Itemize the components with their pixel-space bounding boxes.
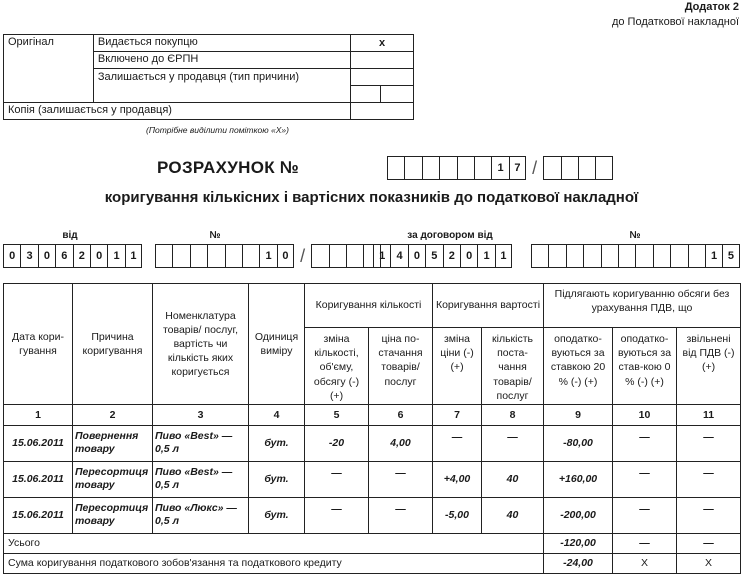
header-value-group: Коригування вартості	[433, 284, 544, 328]
digit-cell[interactable]	[578, 156, 595, 179]
digit-cell[interactable]: 0	[277, 244, 294, 267]
total-label: Усього	[4, 533, 544, 553]
digit-cell[interactable]	[439, 156, 456, 179]
header-price-change: зміна ціни (-) (+)	[433, 328, 482, 405]
cell-date: 15.06.2011	[4, 497, 73, 533]
column-number: 5	[305, 404, 369, 425]
header-vat-group: Підлягають коригуванню обсяги без урахув…	[544, 284, 741, 328]
cell-qty-change: —	[305, 461, 369, 497]
cell-vat0: —	[613, 461, 677, 497]
digit-cell[interactable]: 0	[90, 244, 107, 267]
header-vat20: оподатко-вуються за ставкою 20 % (-) (+)	[544, 328, 613, 405]
header-qty-group: Коригування кількості	[305, 284, 433, 328]
cell-date: 15.06.2011	[4, 425, 73, 461]
digit-cell[interactable]	[635, 244, 652, 267]
cell-supply-qty: 40	[482, 497, 544, 533]
digit-cell[interactable]	[618, 244, 635, 267]
column-number: 2	[73, 404, 153, 425]
mark-row-label: Видається покупцю	[93, 35, 350, 52]
cell-vat20: -80,00	[544, 425, 613, 461]
appendix-subtitle: до Податкової накладної	[612, 16, 739, 28]
cell-supply-qty: 40	[482, 461, 544, 497]
adjustment-table: Дата кори-гування Причина коригування Но…	[3, 283, 741, 574]
digit-cell[interactable]: 5	[722, 244, 739, 267]
cell-unit: бут.	[249, 425, 305, 461]
column-number: 6	[369, 404, 433, 425]
column-number: 1	[4, 404, 73, 425]
copy-mark-cell[interactable]	[351, 103, 414, 120]
digit-cell[interactable]	[653, 244, 670, 267]
header-supply-price: ціна по-стачання товарів/ послуг	[369, 328, 433, 405]
column-number: 7	[433, 404, 482, 425]
digit-cell[interactable]: 1	[705, 244, 722, 267]
table-row: 15.06.2011Пересортиця товаруПиво «Люкс» …	[4, 497, 741, 533]
total-exempt: —	[677, 533, 741, 553]
contract-date-label: за договором від	[380, 230, 520, 241]
cell-reason: Повернення товару	[73, 425, 153, 461]
digit-cell[interactable]: 1	[373, 244, 390, 267]
cell-unit: бут.	[249, 497, 305, 533]
mark-note: (Потрібне виділити поміткою «Х»)	[146, 125, 289, 135]
table-row: 15.06.2011Пересортиця товаруПиво «Best» …	[4, 461, 741, 497]
cell-price-change: —	[433, 425, 482, 461]
calc-number-field: 17 /	[387, 156, 613, 180]
header-vat0: оподатко-вуються за став-кою 0 % (-) (+)	[613, 328, 677, 405]
invoice-number-suffix-cells[interactable]	[311, 244, 381, 268]
original-label: Оригінал	[4, 35, 94, 103]
contract-number-field: 15	[531, 244, 740, 268]
digit-cell[interactable]	[190, 244, 207, 267]
digit-cell[interactable]: 0	[3, 244, 20, 267]
header-unit: Одиниця виміру	[249, 284, 305, 405]
document-title: РОЗРАХУНОК №	[157, 158, 299, 178]
digit-cell[interactable]	[225, 244, 242, 267]
cell-item: Пиво «Best» — 0,5 л	[153, 425, 249, 461]
digit-cell[interactable]: 1	[491, 156, 508, 179]
digit-cell[interactable]: 3	[20, 244, 37, 267]
mark-row-label: Включено до ЄРПН	[93, 52, 350, 69]
digit-cell[interactable]: 7	[509, 156, 526, 179]
digit-cell[interactable]	[583, 244, 600, 267]
digit-cell[interactable]	[422, 156, 439, 179]
digit-cell[interactable]: 6	[55, 244, 72, 267]
cell-exempt: —	[677, 461, 741, 497]
digit-cell[interactable]	[172, 244, 189, 267]
appendix-title: Додаток 2	[685, 1, 739, 13]
digit-cell[interactable]: 1	[125, 244, 142, 267]
total-row: Усього -120,00 — —	[4, 533, 741, 553]
cell-reason: Пересортиця товару	[73, 461, 153, 497]
digit-cell[interactable]: 2	[73, 244, 90, 267]
cell-qty-change: —	[305, 497, 369, 533]
header-exempt: звільнені від ПДВ (-) (+)	[677, 328, 741, 405]
invoice-date-field: 03062011	[3, 244, 142, 268]
digit-cell[interactable]	[561, 156, 578, 179]
cell-vat0: —	[613, 497, 677, 533]
cell-exempt: —	[677, 497, 741, 533]
column-number: 9	[544, 404, 613, 425]
digit-cell[interactable]: 0	[38, 244, 55, 267]
digit-cell[interactable]	[595, 156, 612, 179]
reason-type-cell-2[interactable]	[381, 86, 414, 103]
cell-supply-price: —	[369, 497, 433, 533]
invoice-number-label: №	[195, 230, 235, 241]
invoice-number-cells[interactable]: 10	[155, 244, 294, 268]
digit-cell[interactable]: 0	[460, 244, 477, 267]
cell-vat0: —	[613, 425, 677, 461]
column-number: 4	[249, 404, 305, 425]
tax-sum-vat20: -24,00	[544, 553, 613, 573]
tax-sum-exempt: X	[677, 553, 741, 573]
cell-reason: Пересортиця товару	[73, 497, 153, 533]
column-number: 11	[677, 404, 741, 425]
mark-cell[interactable]: x	[351, 35, 414, 52]
cell-vat20: -200,00	[544, 497, 613, 533]
digit-cell[interactable]	[543, 156, 560, 179]
contract-date-cells[interactable]: 14052011	[373, 244, 512, 268]
cell-supply-price: —	[369, 461, 433, 497]
digit-cell[interactable]: 1	[477, 244, 494, 267]
digit-cell[interactable]	[387, 156, 404, 179]
digit-cell[interactable]	[548, 244, 565, 267]
calc-number-suffix-cells[interactable]	[543, 156, 613, 180]
column-number: 10	[613, 404, 677, 425]
digit-cell[interactable]	[404, 156, 421, 179]
digit-cell[interactable]: 0	[408, 244, 425, 267]
digit-cell[interactable]: 4	[390, 244, 407, 267]
digit-cell[interactable]	[346, 244, 363, 267]
cell-supply-price: 4,00	[369, 425, 433, 461]
column-number: 3	[153, 404, 249, 425]
header-supply-qty: кількість поста-чання товарів/ послуг	[482, 328, 544, 405]
mark-cell[interactable]	[351, 52, 414, 69]
cell-price-change: -5,00	[433, 497, 482, 533]
digit-cell[interactable]	[566, 244, 583, 267]
cell-date: 15.06.2011	[4, 461, 73, 497]
digit-cell[interactable]: 2	[443, 244, 460, 267]
slash: /	[300, 246, 305, 267]
digit-cell[interactable]	[242, 244, 259, 267]
invoice-number-field: 10 /	[155, 244, 381, 268]
cell-supply-qty: —	[482, 425, 544, 461]
cell-item: Пиво «Best» — 0,5 л	[153, 461, 249, 497]
document-subtitle: коригування кількісних і вартісних показ…	[0, 189, 743, 206]
digit-cell[interactable]: 1	[107, 244, 124, 267]
total-vat0: —	[613, 533, 677, 553]
header-reason: Причина коригування	[73, 284, 153, 405]
digit-cell[interactable]: 1	[259, 244, 276, 267]
cell-unit: бут.	[249, 461, 305, 497]
column-numbers-row: 1 2 3 4 5 6 7 8 9 10 11	[4, 404, 741, 425]
cell-qty-change: -20	[305, 425, 369, 461]
digit-cell[interactable]	[155, 244, 172, 267]
table-row: 15.06.2011Повернення товаруПиво «Best» —…	[4, 425, 741, 461]
tax-sum-label: Сума коригування податкового зобов'язанн…	[4, 553, 544, 573]
tax-sum-row: Сума коригування податкового зобов'язанн…	[4, 553, 741, 573]
contract-number-cells[interactable]: 15	[531, 244, 740, 268]
header-qty-change: зміна кількості, об'єму, обсягу (-) (+)	[305, 328, 369, 405]
contract-number-label: №	[615, 230, 655, 241]
original-copy-mark-box: Оригінал Видається покупцю x Включено до…	[3, 34, 414, 120]
invoice-date-cells[interactable]: 03062011	[3, 244, 142, 268]
slash: /	[532, 158, 537, 179]
header-date: Дата кори-гування	[4, 284, 73, 405]
date-label: від	[40, 230, 100, 241]
tax-sum-vat0: X	[613, 553, 677, 573]
digit-cell[interactable]	[207, 244, 224, 267]
column-number: 8	[482, 404, 544, 425]
mark-row-label: Залишається у продавця (тип причини)	[93, 69, 350, 103]
cell-item: Пиво «Люкс» — 0,5 л	[153, 497, 249, 533]
calc-number-cells[interactable]: 17	[387, 156, 526, 180]
digit-cell[interactable]	[601, 244, 618, 267]
digit-cell[interactable]	[329, 244, 346, 267]
contract-date-field: 14052011	[373, 244, 512, 268]
digit-cell[interactable]	[311, 244, 328, 267]
copy-label: Копія (залишається у продавця)	[4, 103, 351, 120]
digit-cell[interactable]	[688, 244, 705, 267]
header-nomenclature: Номенклатура товарів/ послуг, вартість ч…	[153, 284, 249, 405]
mark-cell[interactable]	[351, 69, 414, 86]
digit-cell[interactable]: 5	[425, 244, 442, 267]
cell-vat20: +160,00	[544, 461, 613, 497]
digit-cell[interactable]	[457, 156, 474, 179]
cell-exempt: —	[677, 425, 741, 461]
reason-type-cell-1[interactable]	[351, 86, 381, 103]
cell-price-change: +4,00	[433, 461, 482, 497]
digit-cell[interactable]	[670, 244, 687, 267]
digit-cell[interactable]	[474, 156, 491, 179]
digit-cell[interactable]: 1	[495, 244, 512, 267]
digit-cell[interactable]	[531, 244, 548, 267]
total-vat20: -120,00	[544, 533, 613, 553]
